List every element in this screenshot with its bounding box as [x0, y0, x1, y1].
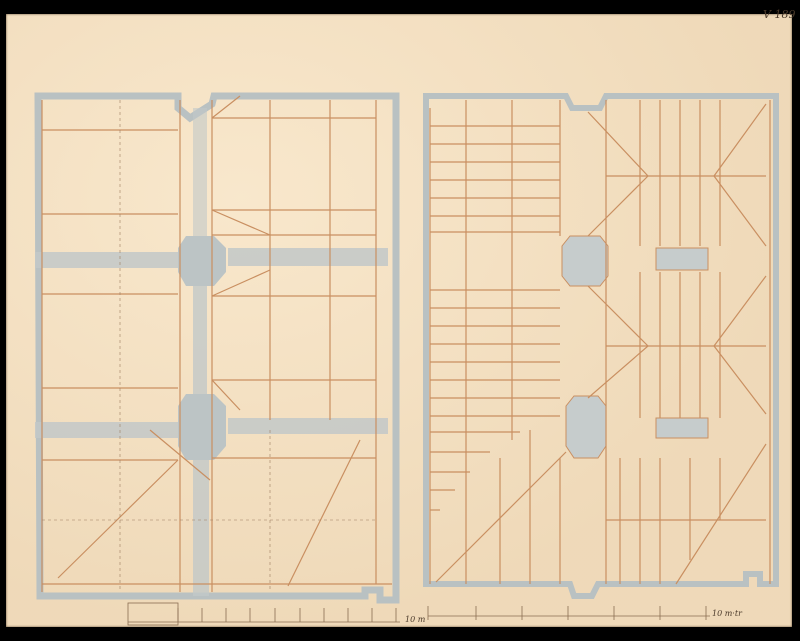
left-scale-bar [128, 603, 400, 625]
right-scale-bar [428, 606, 710, 620]
left-plan [35, 96, 396, 600]
left-scale-note: 10 m [405, 615, 425, 624]
right-plan [426, 96, 776, 596]
right-scale-note: 10 m·tr [712, 609, 742, 618]
sheet-reference: V 189 [763, 8, 795, 21]
architectural-drawing [0, 0, 800, 641]
